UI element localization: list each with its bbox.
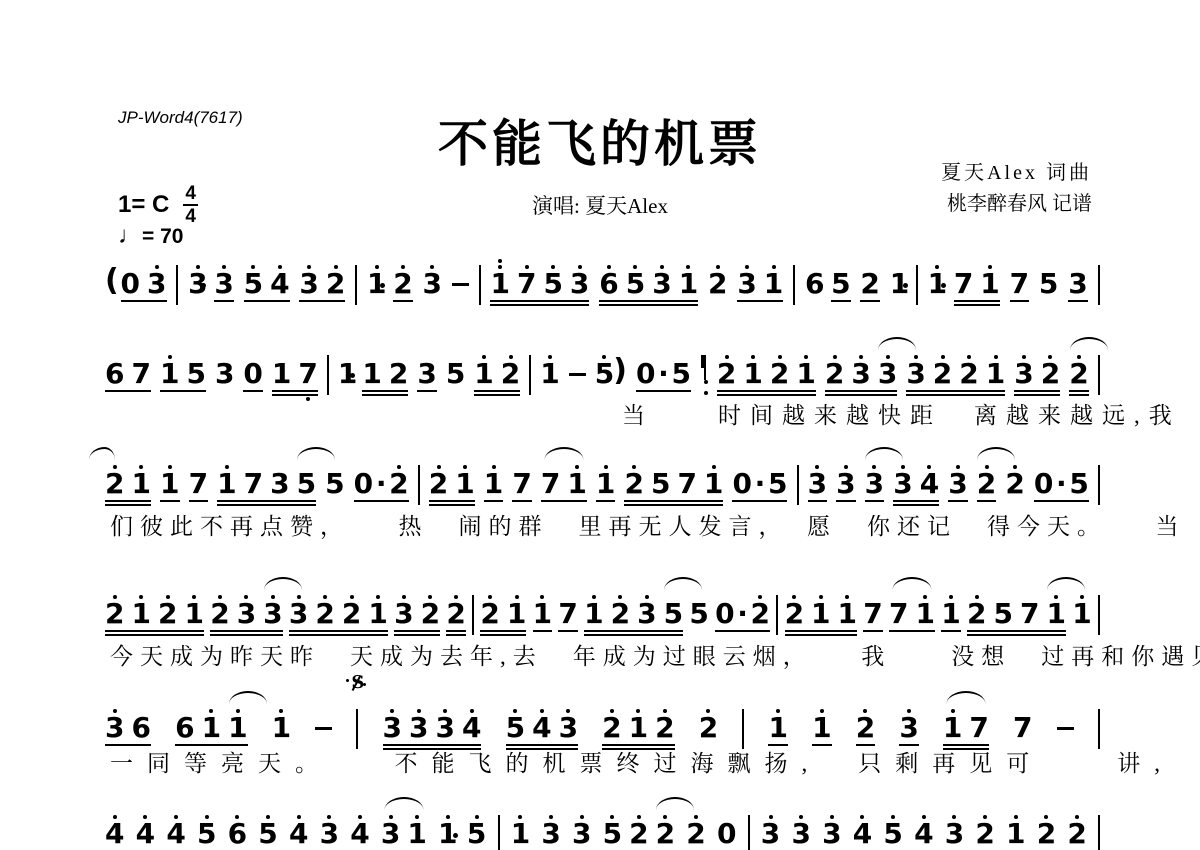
duration-underline <box>429 500 475 502</box>
note-digit: 7 <box>1010 269 1029 298</box>
note-char: 0 <box>354 456 373 498</box>
note-digit: 3 <box>878 359 897 388</box>
duration-dash <box>452 283 469 286</box>
note-char: 1 <box>764 256 783 298</box>
note-token: 0·5 <box>1034 456 1089 502</box>
barline-rule <box>418 465 420 505</box>
augmentation-dot-token <box>818 256 823 288</box>
note-chars: 3 <box>572 806 591 848</box>
duration-underline <box>210 630 282 632</box>
note-token: 1 <box>1072 586 1091 628</box>
note-char: 4 <box>350 806 369 848</box>
barline-rule <box>176 265 178 305</box>
duration-underline <box>1069 394 1088 396</box>
note-chars: 12 <box>474 346 520 388</box>
note-digit: 7 <box>1020 599 1039 628</box>
barline <box>748 806 750 850</box>
note-char: 2 <box>975 806 994 848</box>
note-char: 1 <box>507 586 526 628</box>
duration-underline <box>189 500 208 502</box>
note-chars: 5 <box>1039 256 1058 298</box>
note-digit: 3 <box>865 469 884 498</box>
note-digit: 1 <box>796 359 815 388</box>
note-char: 5 <box>506 700 525 742</box>
note-chars: 233 <box>210 586 282 628</box>
note-chars: 3 <box>423 256 442 298</box>
note-digit: 0 <box>354 469 373 498</box>
note-chars: 611 <box>175 700 247 742</box>
duration-underline <box>558 630 577 632</box>
music-line-5: 366111S333454321221123177 <box>105 700 1100 750</box>
octave-dot-above <box>498 259 502 263</box>
barline <box>1098 346 1100 395</box>
note-digit: 4 <box>920 469 939 498</box>
note-digit: 2 <box>624 469 643 498</box>
barline-rule <box>529 355 531 395</box>
segno-icon: S <box>349 673 365 695</box>
note-digit: 3 <box>851 359 870 388</box>
note-digit: 2 <box>856 713 875 742</box>
music-line-6: 44456543431151335222033345432122 <box>105 806 1100 850</box>
note-digit: 2 <box>602 713 621 742</box>
repeat-thin-bar <box>704 368 706 381</box>
barline <box>1098 456 1100 505</box>
note-char: 3 <box>147 256 166 298</box>
note-token: 3221 <box>289 586 388 636</box>
note-token: 4 <box>914 806 933 850</box>
note-digit: 1 <box>1046 599 1065 628</box>
note-digit: 2 <box>751 599 770 628</box>
note-chars: 32 <box>394 586 440 628</box>
note-digit: 5 <box>671 359 690 388</box>
note-digit: · <box>658 359 669 388</box>
note-chars: 0·5 <box>732 456 787 498</box>
note-chars: 5 <box>883 806 902 848</box>
note-digit: · <box>737 599 748 628</box>
tempo-value: = 70 <box>142 225 183 248</box>
duration-underline <box>243 390 262 392</box>
note-chars: 1 <box>540 346 559 388</box>
repeat-dots <box>704 380 708 395</box>
note-token: 1735 <box>217 456 316 506</box>
note-chars: 2121 <box>717 346 816 388</box>
note-digit: 4 <box>532 713 551 742</box>
duration-underline <box>480 634 526 636</box>
note-token: 211 <box>785 586 857 636</box>
note-char: 5 <box>258 806 277 848</box>
note-char: 1 <box>228 700 247 742</box>
note-chars: 0·2 <box>715 586 770 628</box>
note-char: 1 <box>596 456 615 498</box>
barline <box>1098 256 1100 305</box>
note-digit: 3 <box>147 269 166 298</box>
note-chars: 36 <box>105 700 151 742</box>
note-token: 3 <box>214 256 233 302</box>
repeat-start-sign <box>700 355 708 395</box>
note-chars: 71 <box>889 586 935 628</box>
duration-underline <box>1069 390 1088 392</box>
note-token: 7 <box>1010 256 1029 302</box>
note-token: 5 <box>831 256 850 302</box>
note-token: 1 <box>533 586 552 632</box>
lyrics-line-3: 们彼此不再点赞， 热 闹的群 里再无人发言， 愿 你还记 得今天。 当 <box>110 508 1186 541</box>
note-char: 1 <box>584 586 603 628</box>
note-char: 2 <box>210 586 229 628</box>
note-digit: 4 <box>136 819 155 848</box>
note-chars: 4 <box>914 806 933 848</box>
note-char: 2 <box>1069 346 1088 388</box>
note-digit: 5 <box>831 269 850 298</box>
note-digit: 3 <box>737 269 756 298</box>
note-digit: 3 <box>436 713 455 742</box>
note-char: 1 <box>455 456 474 498</box>
note-char: 2 <box>1037 806 1056 848</box>
note-digit: 1 <box>455 469 474 498</box>
note-token: 4 <box>289 806 308 850</box>
duration-underline <box>893 504 939 506</box>
note-token: 34 <box>893 456 939 506</box>
note-char: 2 <box>624 456 643 498</box>
note-digit: 3 <box>320 819 339 848</box>
note-char: 5 <box>671 346 690 388</box>
transcriber-credit: 桃李醉春风 记谱 <box>941 189 1092 220</box>
note-char: 7 <box>558 586 577 628</box>
note-chars: 3 <box>808 456 827 498</box>
note-chars: 1 <box>768 700 787 742</box>
note-chars: 54 <box>244 256 290 298</box>
note-chars: 1 <box>160 456 179 498</box>
dash-token <box>452 256 469 286</box>
note-chars: 21 <box>480 586 526 628</box>
note-digit: 5 <box>1069 469 1088 498</box>
barline-rule <box>327 355 329 395</box>
note-digit: 2 <box>959 359 978 388</box>
note-char: 1 <box>272 700 291 742</box>
note-digit: 7 <box>512 469 531 498</box>
note-token: 3221 <box>906 346 1005 396</box>
note-char: 1 <box>1046 586 1065 628</box>
note-digit: 1 <box>596 469 615 498</box>
note-char: 5 <box>446 346 465 388</box>
note-chars: 1 <box>1006 806 1025 848</box>
note-token: 5 <box>197 806 216 850</box>
note-digit: 1 <box>704 469 723 498</box>
note-chars: 03 <box>121 256 167 298</box>
note-digit: 1 <box>1006 819 1025 848</box>
note-char: · <box>736 586 750 628</box>
note-chars: 3 <box>320 806 339 848</box>
note-chars: 233 <box>825 346 897 388</box>
note-char: 6 <box>228 806 247 848</box>
duration-underline <box>954 300 1000 302</box>
note-char: 3 <box>652 256 671 298</box>
note-chars: 3 <box>865 456 884 498</box>
note-char: 1 <box>160 346 179 388</box>
note-digit: 1 <box>228 713 247 742</box>
note-char: 4 <box>462 700 481 742</box>
note-digit: 4 <box>289 819 308 848</box>
duration-underline <box>906 390 1005 392</box>
note-token: 2 <box>1005 456 1024 498</box>
note-digit: 1 <box>986 359 1005 388</box>
duration-underline <box>394 630 440 632</box>
note-chars: 15 <box>160 346 206 388</box>
barline <box>793 256 795 305</box>
duration-underline <box>599 304 698 306</box>
augmentation-dot <box>201 283 206 288</box>
note-digit: 2 <box>210 599 229 628</box>
note-token: 1 <box>484 456 503 502</box>
note-char: 3 <box>381 806 400 848</box>
note-digit: 1 <box>160 359 179 388</box>
note-digit: 5 <box>664 599 683 628</box>
note-char: 3 <box>761 806 780 848</box>
note-char: 3 <box>289 586 308 628</box>
note-chars: 2 <box>977 456 996 498</box>
note-digit: 2 <box>389 469 408 498</box>
duration-underline <box>446 630 465 632</box>
note-token: 2 <box>446 586 465 636</box>
note-chars: 31 <box>737 256 783 298</box>
note-digit: 3 <box>570 269 589 298</box>
note-token: 0·2 <box>354 456 409 502</box>
note-digit: 2 <box>933 359 952 388</box>
note-char: 6 <box>105 346 124 388</box>
note-digit: · <box>755 469 766 498</box>
barline <box>498 806 500 850</box>
note-token: 2 <box>1037 806 1056 850</box>
note-char: 3 <box>299 256 318 298</box>
note-digit: 2 <box>977 469 996 498</box>
note-char: 7 <box>954 256 973 298</box>
barline <box>529 346 531 395</box>
note-char: 5 <box>467 806 486 848</box>
note-char: 3 <box>541 806 560 848</box>
note-token: 2571 <box>967 586 1066 636</box>
note-token: 54 <box>244 256 290 302</box>
slur-arc <box>892 577 931 590</box>
augmentation-dot <box>380 283 385 288</box>
duration-underline <box>599 300 698 302</box>
note-digit: 7 <box>677 469 696 498</box>
tempo-marking: ♩= 70 <box>118 222 183 250</box>
note-char: 3 <box>383 700 402 742</box>
duration-underline <box>1014 394 1060 396</box>
augmentation-dot-token <box>941 256 946 288</box>
note-chars: 2571 <box>967 586 1066 628</box>
note-digit: 1 <box>941 599 960 628</box>
note-chars: 212 <box>602 700 674 742</box>
note-digit: 4 <box>105 819 124 848</box>
duration-underline <box>105 630 204 632</box>
note-token: 4 <box>350 806 369 850</box>
duration-underline <box>596 500 615 502</box>
note-chars: 3 <box>945 806 964 848</box>
note-digit: 3 <box>237 599 256 628</box>
note-digit: 3 <box>906 359 925 388</box>
note-token: 3334 <box>383 700 482 750</box>
barline-rule <box>356 709 358 749</box>
note-char: 3 <box>737 256 756 298</box>
duration-underline <box>893 500 939 502</box>
note-token: 522 <box>603 806 675 850</box>
note-char: 1 <box>796 346 815 388</box>
note-chars: 4 <box>105 806 124 848</box>
note-char: 3 <box>215 346 234 388</box>
note-chars: 6531 <box>599 256 698 298</box>
note-char: 2 <box>1067 806 1086 848</box>
note-chars: 3 <box>1068 256 1087 298</box>
note-char: 2 <box>315 586 334 628</box>
note-char: 2 <box>933 346 952 388</box>
note-digit: 3 <box>836 469 855 498</box>
lyrics-line-4: 今天成为昨天昨 天成为去年,去 年成为过眼云烟， 我 没想 过再和你遇见, <box>110 638 1200 671</box>
duration-underline <box>865 500 884 502</box>
note-char: 5 <box>325 456 344 498</box>
music-line-3: 2117173550·2211771125710·5333343220·5 <box>105 456 1100 506</box>
note-chars: 5 <box>325 456 344 498</box>
note-char: 1 <box>368 586 387 628</box>
note-chars: 2 <box>1037 806 1056 848</box>
barline-rule <box>742 709 744 749</box>
note-digit: 7 <box>1013 713 1032 742</box>
note-digit: 7 <box>517 269 536 298</box>
note-char: 3 <box>270 456 289 498</box>
note-chars: 2 <box>1069 346 1088 388</box>
barline-rule <box>797 465 799 505</box>
lyrics-line-5: 一同等亮天。 不能飞的机票终过海飘扬, 只剩再见可 讲, <box>110 745 1174 778</box>
key-label: 1= C <box>118 191 169 219</box>
note-digit: 7 <box>244 469 263 498</box>
augmentation-dot-token <box>201 256 206 288</box>
barline-rule <box>793 265 795 305</box>
duration-underline <box>941 630 960 632</box>
note-digit: 3 <box>899 713 918 742</box>
augmentation-dot <box>453 833 458 838</box>
note-digit: 3 <box>761 819 780 848</box>
octave-dot-below <box>306 397 310 401</box>
note-char: 2 <box>629 806 648 848</box>
note-digit: 5 <box>883 819 902 848</box>
note-char: 2 <box>393 256 412 298</box>
note-char: 2 <box>105 456 124 498</box>
note-char: 1 <box>980 256 999 298</box>
note-char: 3 <box>263 586 282 628</box>
note-char: 1 <box>743 346 762 388</box>
note-char: 5 <box>1039 256 1058 298</box>
note-char: 1 <box>540 346 559 388</box>
note-digit: 6 <box>228 819 247 848</box>
note-char: 4 <box>853 806 872 848</box>
note-chars: 3221 <box>906 346 1005 388</box>
note-char: 5 <box>197 806 216 848</box>
note-token: 0·2 <box>715 586 770 632</box>
dash-token <box>1057 700 1074 730</box>
note-token: 7 <box>512 456 531 502</box>
note-char: 4 <box>105 806 124 848</box>
note-digit: 1 <box>272 359 291 388</box>
note-char: 3 <box>409 700 428 742</box>
note-digit: 5 <box>595 359 614 388</box>
duration-underline <box>417 390 436 392</box>
note-digit: 3 <box>381 819 400 848</box>
note-char: 7 <box>889 586 908 628</box>
note-char: 2 <box>1005 456 1024 498</box>
note-char: 2 <box>105 586 124 628</box>
note-digit: 3 <box>215 359 234 388</box>
note-char: 5 <box>244 256 263 298</box>
note-char: 2 <box>708 256 727 298</box>
note-token: 12 <box>362 346 408 396</box>
note-token: 4 <box>136 806 155 850</box>
barline <box>776 586 778 635</box>
note-char: 2 <box>389 456 408 498</box>
note-digit: 7 <box>541 469 560 498</box>
barline <box>176 256 178 305</box>
note-digit: 2 <box>860 269 879 298</box>
duration-underline <box>446 634 465 636</box>
slur-arc <box>229 691 267 704</box>
note-token: 2 <box>975 806 994 850</box>
note-char: · <box>753 456 767 498</box>
note-chars: 32 <box>1014 346 1060 388</box>
note-char: 2 <box>770 346 789 388</box>
barline-rule <box>1098 595 1100 635</box>
note-digit: 0 <box>732 469 751 498</box>
note-char: 1 <box>679 256 698 298</box>
note-char: 6 <box>175 700 194 742</box>
note-char: 3 <box>893 456 912 498</box>
note-token: 5 <box>446 346 465 388</box>
note-digit: 1 <box>131 469 150 498</box>
note-char: 1 <box>838 586 857 628</box>
note-digit: 7 <box>954 269 973 298</box>
note-digit: 1 <box>567 469 586 498</box>
note-token: 1 <box>160 456 179 502</box>
note-digit: 1 <box>812 713 831 742</box>
note-token: 0 <box>243 346 262 392</box>
note-digit: 5 <box>689 599 708 628</box>
note-digit: 7 <box>863 599 882 628</box>
barline <box>418 456 420 505</box>
note-chars: 7 <box>558 586 577 628</box>
duration-underline <box>272 390 318 392</box>
duration-dash <box>315 727 332 730</box>
barline <box>916 256 918 305</box>
note-chars: 3 <box>215 346 234 388</box>
note-token: 3 <box>899 700 918 746</box>
note-digit: 5 <box>543 269 562 298</box>
note-token: 31 <box>381 806 427 850</box>
duration-underline <box>785 634 857 636</box>
note-digit: 6 <box>131 713 150 742</box>
note-token: 3 <box>761 806 780 850</box>
barline <box>479 256 481 305</box>
note-char: 5 <box>651 456 670 498</box>
note-digit: 1 <box>368 599 387 628</box>
note-token: 5 <box>689 586 708 628</box>
barline-rule <box>472 595 474 635</box>
parenthesis: ( <box>105 266 119 296</box>
note-char: 6 <box>131 700 150 742</box>
note-chars: 5 <box>467 806 486 848</box>
note-chars: 1 <box>1072 586 1091 628</box>
duration-underline <box>394 634 440 636</box>
note-digit: · <box>376 469 387 498</box>
note-char: 3 <box>637 586 656 628</box>
note-char: 0 <box>717 806 736 848</box>
note-chars: 17 <box>272 346 318 388</box>
